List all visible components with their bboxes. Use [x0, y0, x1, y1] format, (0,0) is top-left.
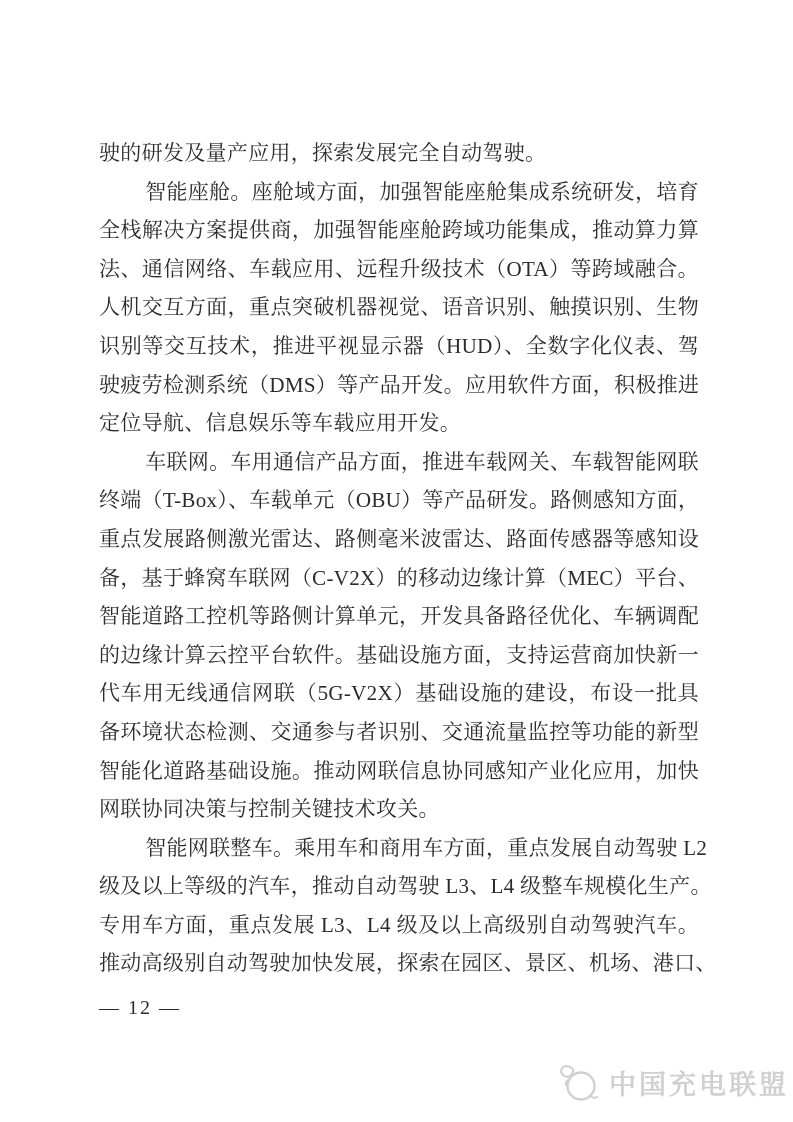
- page-number: — 12 —: [99, 997, 793, 1020]
- watermark-label: 中国充电联盟: [609, 1063, 789, 1102]
- text-line: 人机交互方面，重点突破机器视觉、语音识别、触摸识别、生物: [99, 288, 699, 327]
- text-line: 备环境状态检测、交通参与者识别、交通流量监控等功能的新型: [99, 713, 699, 752]
- text-line: 智能化道路基础设施。推动网联信息协同感知产业化应用，加快: [99, 752, 699, 791]
- text-line: 备，基于蜂窝车联网（C-V2X）的移动边缘计算（MEC）平台、: [99, 559, 699, 598]
- charging-alliance-logo-icon: [554, 1058, 602, 1106]
- text-line: 的边缘计算云控平台软件。基础设施方面，支持运营商加快新一: [99, 636, 699, 675]
- text-line: 全栈解决方案提供商，加强智能座舱跨域功能集成，推动算力算: [99, 211, 699, 250]
- text-line: 终端（T-Box）、车载单元（OBU）等产品研发。路侧感知方面，: [99, 481, 699, 520]
- text-line: 专用车方面，重点发展 L3、L4 级及以上高级别自动驾驶汽车。: [99, 906, 699, 945]
- text-line: 法、通信网络、车载应用、远程升级技术（OTA）等跨域融合。: [99, 250, 699, 289]
- text-line: 代车用无线通信网联（5G-V2X）基础设施的建设，布设一批具: [99, 674, 699, 713]
- text-line: 级及以上等级的汽车，推动自动驾驶 L3、L4 级整车规模化生产。: [99, 867, 699, 906]
- text-line: 智能座舱。座舱域方面，加强智能座舱集成系统研发，培育: [99, 173, 699, 212]
- text-line: 智能道路工控机等路侧计算单元，开发具备路径优化、车辆调配: [99, 597, 699, 636]
- document-page: 驶的研发及量产应用，探索发展完全自动驾驶。 智能座舱。座舱域方面，加强智能座舱集…: [0, 0, 793, 1122]
- text-line: 驶的研发及量产应用，探索发展完全自动驾驶。: [99, 134, 699, 173]
- text-line: 定位导航、信息娱乐等车载应用开发。: [99, 404, 699, 443]
- text-line: 网联协同决策与控制关键技术攻关。: [99, 790, 699, 829]
- text-line: 车联网。车用通信产品方面，推进车载网关、车载智能网联: [99, 443, 699, 482]
- text-line: 驶疲劳检测系统（DMS）等产品开发。应用软件方面，积极推进: [99, 366, 699, 405]
- watermark: 中国充电联盟: [554, 1058, 789, 1106]
- text-line: 智能网联整车。乘用车和商用车方面，重点发展自动驾驶 L2: [99, 829, 699, 868]
- document-body: 驶的研发及量产应用，探索发展完全自动驾驶。 智能座舱。座舱域方面，加强智能座舱集…: [0, 0, 793, 983]
- text-line: 推动高级别自动驾驶加快发展，探索在园区、景区、机场、港口、: [99, 944, 699, 983]
- text-line: 重点发展路侧激光雷达、路侧毫米波雷达、路面传感器等感知设: [99, 520, 699, 559]
- text-line: 识别等交互技术，推进平视显示器（HUD）、全数字化仪表、驾: [99, 327, 699, 366]
